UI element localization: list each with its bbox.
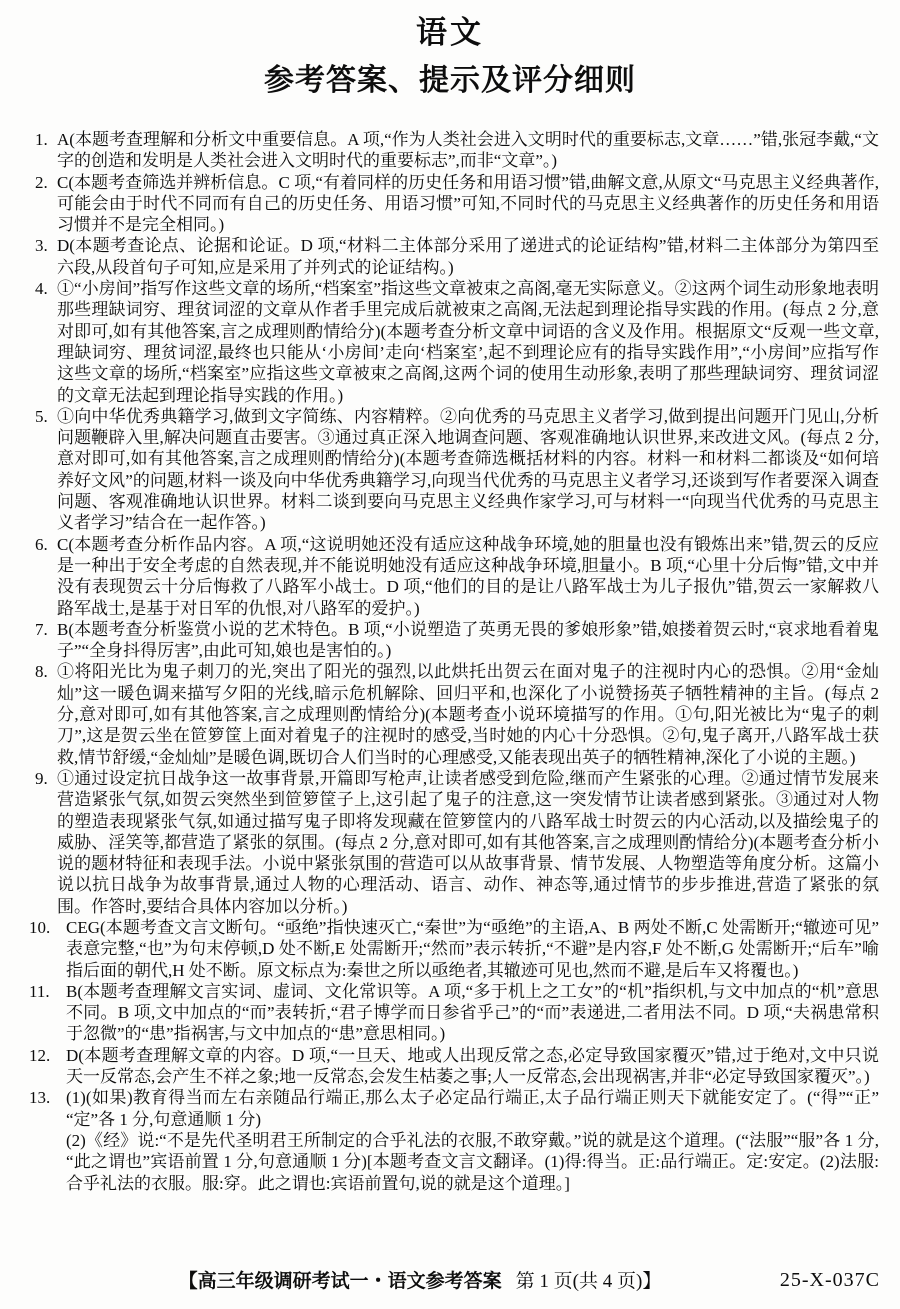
answer-item-text: ①“小房间”指写作这些文章的场所,“档案室”指这些文章被束之高阁,毫无实际意义。… [57,278,879,406]
footer-paper-code: 25-X-037C [780,1267,880,1293]
answer-item-text: B(本题考查分析鉴赏小说的艺术特色。B 项,“小说塑造了英勇无畏的爹娘形象”错,… [57,619,879,662]
answer-item-text: ①将阳光比为鬼子刺刀的光,突出了阳光的强烈,以此烘托出贺云在面对鬼子的注视时内心… [57,661,879,767]
answer-item-text: CEG(本题考查文言文断句。“亟绝”指快速灭亡,“秦世”为“亟绝”的主语,A、B… [66,917,879,981]
answer-item-number: 6. [35,534,48,555]
answer-item-text: C(本题考查筛选并辨析信息。C 项,“有着同样的历史任务和用语习惯”错,曲解文意… [57,172,879,236]
page-title: 语文 [0,14,900,52]
page-header: 语文 参考答案、提示及评分细则 [0,0,900,100]
answer-item-text: A(本题考查理解和分析文中重要信息。A 项,“作为人类社会进入文明时代的重要标志… [57,129,879,172]
answer-item-text: ①通过设定抗日战争这一故事背景,开篇即写枪声,让读者感受到危险,继而产生紧张的心… [57,768,879,917]
answer-item-number: 9. [35,768,48,789]
answer-item: 8.①将阳光比为鬼子刺刀的光,突出了阳光的强烈,以此烘托出贺云在面对鬼子的注视时… [38,661,879,767]
answer-item-number: 5. [35,406,48,427]
footer-caption: 【高三年级调研考试一・语文参考答案第 1 页(共 4 页)】 [0,1269,840,1295]
answer-item-number: 1. [35,129,48,150]
answer-item-number: 8. [35,661,48,682]
footer-page-label: 第 1 页(共 4 页)】 [516,1271,662,1292]
answer-item: 1.A(本题考查理解和分析文中重要信息。A 项,“作为人类社会进入文明时代的重要… [38,129,879,172]
answer-item-text: C(本题考查分析作品内容。A 项,“这说明她还没有适应这种战争环境,她的胆量也没… [57,534,879,619]
answer-item-number: 10. [29,917,50,938]
answer-item: 12.D(本题考查理解文章的内容。D 项,“一旦天、地或人出现反常之态,必定导致… [38,1045,879,1088]
answer-item-text: D(本题考查论点、论据和论证。D 项,“材料二主体部分采用了递进式的论证结构”错… [57,235,879,278]
answer-item-text: (1)(如果)教育得当而左右亲随品行端正,那么太子必定品行端正,太子品行端正则天… [66,1087,879,1130]
answer-item: 13.(1)(如果)教育得当而左右亲随品行端正,那么太子必定品行端正,太子品行端… [38,1087,879,1193]
answer-item: 6.C(本题考查分析作品内容。A 项,“这说明她还没有适应这种战争环境,她的胆量… [38,534,879,619]
answer-item: 2.C(本题考查筛选并辨析信息。C 项,“有着同样的历史任务和用语习惯”错,曲解… [38,172,879,236]
page-subtitle: 参考答案、提示及评分细则 [0,62,900,100]
answer-sheet-page: 语文 参考答案、提示及评分细则 1.A(本题考查理解和分析文中重要信息。A 项,… [0,0,900,1309]
answer-item-text: ①向中华优秀典籍学习,做到文字简练、内容精粹。②向优秀的马克思主义者学习,做到提… [57,406,879,534]
answer-item-text: B(本题考查理解文言实词、虚词、文化常识等。A 项,“多于机上之工女”的“机”指… [66,981,879,1045]
answer-item-number: 4. [35,278,48,299]
answer-item-number: 3. [35,235,48,256]
answer-item: 9.①通过设定抗日战争这一故事背景,开篇即写枪声,让读者感受到危险,继而产生紧张… [38,768,879,917]
answer-item: 5.①向中华优秀典籍学习,做到文字简练、内容精粹。②向优秀的马克思主义者学习,做… [38,406,879,534]
answer-item: 11.B(本题考查理解文言实词、虚词、文化常识等。A 项,“多于机上之工女”的“… [38,981,879,1045]
answer-item-text: D(本题考查理解文章的内容。D 项,“一旦天、地或人出现反常之态,必定导致国家覆… [66,1045,879,1088]
answer-item: 3.D(本题考查论点、论据和论证。D 项,“材料二主体部分采用了递进式的论证结构… [38,235,879,278]
answers-list: 1.A(本题考查理解和分析文中重要信息。A 项,“作为人类社会进入文明时代的重要… [38,129,879,1194]
answer-item-number: 12. [29,1045,50,1066]
answer-item-number: 7. [35,619,48,640]
page-footer: 【高三年级调研考试一・语文参考答案第 1 页(共 4 页)】 25-X-037C [0,1269,900,1295]
answer-item-text: (2)《经》说:“不是先代圣明君王所制定的合乎礼法的衣服,不敢穿戴。”说的就是这… [66,1130,879,1194]
answer-item-number: 13. [29,1087,50,1108]
answer-item-number: 2. [35,172,48,193]
answer-item: 4.①“小房间”指写作这些文章的场所,“档案室”指这些文章被束之高阁,毫无实际意… [38,278,879,406]
answer-item: 10.CEG(本题考查文言文断句。“亟绝”指快速灭亡,“秦世”为“亟绝”的主语,… [38,917,879,981]
answer-item: 7.B(本题考查分析鉴赏小说的艺术特色。B 项,“小说塑造了英勇无畏的爹娘形象”… [38,619,879,662]
answer-item-number: 11. [29,981,50,1002]
footer-exam-label: 【高三年级调研考试一・语文参考答案 [179,1271,502,1292]
